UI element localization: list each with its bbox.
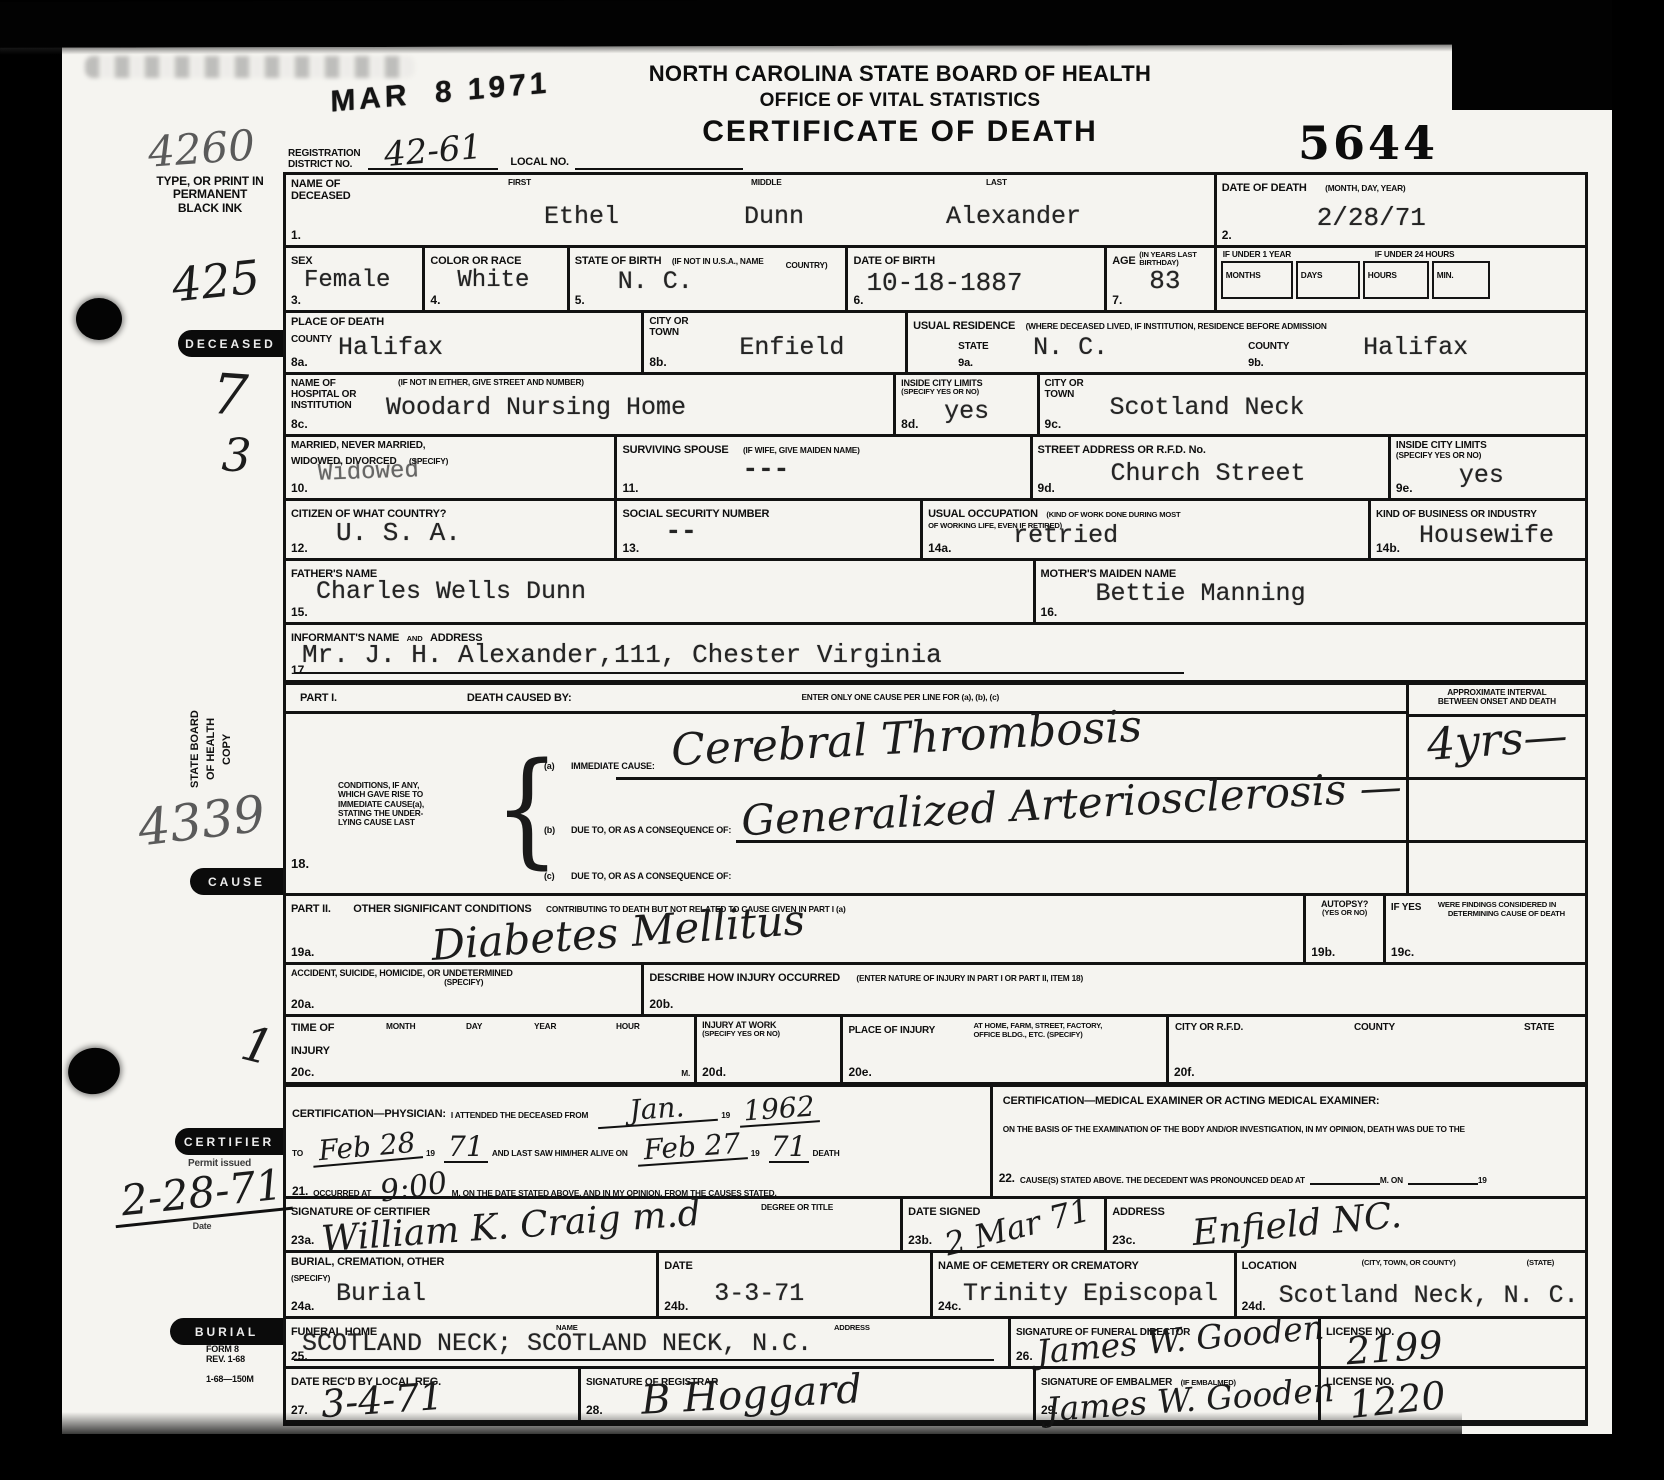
informant-value: Mr. J. H. Alexander,111, Chester Virgini… — [302, 640, 942, 670]
name-header-middle: MIDDLE — [751, 178, 782, 187]
hospital-value: Woodard Nursing Home — [386, 393, 686, 422]
cert-phys-last-saw: AND LAST SAW HIM/HER ALIVE ON — [492, 1149, 628, 1158]
occupation-sublabel-2: OF WORKING LIFE, EVEN IF RETIRED) — [928, 522, 1363, 531]
spouse-value: --- — [742, 454, 789, 484]
certificate-number: 5644 — [1298, 116, 1438, 170]
mother-value: Bettie Manning — [1096, 579, 1306, 608]
hospital-label-1: NAME OF — [291, 378, 888, 389]
permit-date-block: 2-28-71 Date — [112, 1172, 292, 1231]
time-injury-label-2: INJURY — [291, 1045, 330, 1057]
row-injury-details: TIME OF INJURY MONTH DAY YEAR HOUR 20c. … — [286, 1014, 1585, 1082]
field-autopsy: AUTOPSY? (YES OR NO) 19b. — [1303, 896, 1383, 962]
item-20a: 20a. — [291, 997, 314, 1011]
cause-c-label: DUE TO, OR AS A CONSEQUENCE OF: — [571, 871, 731, 881]
item-9c: 9c. — [1045, 417, 1062, 431]
field-state-of-birth: STATE OF BIRTH (IF NOT IN U.S.A., NAME C… — [567, 248, 846, 310]
item-4: 4. — [430, 293, 440, 307]
residence-header: USUAL RESIDENCE — [913, 320, 1015, 332]
cert-phys-attended: I ATTENDED THE DECEASED FROM — [451, 1111, 588, 1120]
street-label: STREET ADDRESS OR R.F.D. No. — [1038, 444, 1206, 456]
under-1-year-label: IF UNDER 1 YEAR — [1223, 250, 1375, 259]
name-last-value: Alexander — [946, 202, 1081, 231]
part1-note: ENTER ONLY ONE CAUSE PER LINE FOR (a), (… — [801, 693, 999, 702]
scan-top-edge — [0, 0, 1664, 48]
field-injury-location: CITY OR R.F.D. COUNTY STATE 20f. — [1166, 1017, 1585, 1082]
residence-city-value: Scotland Neck — [1110, 393, 1305, 422]
injury-loc-county-label: COUNTY — [1354, 1022, 1395, 1033]
conditions-note: CONDITIONS, IF ANY, WHICH GAVE RISE TO I… — [338, 781, 498, 827]
item-23c: 23c. — [1112, 1233, 1135, 1247]
conditions-5: LYING CAUSE LAST — [338, 818, 498, 827]
cert-med-line3: 22. CAUSE(S) STATED ABOVE. THE DECEDENT … — [999, 1171, 1492, 1185]
cert-med-blank-2 — [1408, 1171, 1478, 1185]
min-box: MIN. — [1432, 261, 1490, 299]
ink-note: TYPE, OR PRINT IN PERMANENT BLACK INK — [120, 175, 300, 215]
name-first-value: Ethel — [544, 202, 619, 231]
row-sex-birth: SEX 3. Female COLOR OR RACE 4. White STA… — [286, 245, 1585, 310]
part1-caused-by: DEATH CAUSED BY: — [467, 692, 572, 704]
field-death-county: PLACE OF DEATH COUNTY 8a. Halifax — [286, 313, 641, 372]
hours-box: HOURS — [1363, 261, 1429, 299]
time-injury-hour: HOUR — [616, 1022, 640, 1031]
item-20c: 20c. — [291, 1065, 314, 1079]
name-header-last: LAST — [986, 178, 1007, 187]
time-injury-day: DAY — [466, 1022, 482, 1031]
cert-phys-19c: 19 — [751, 1149, 760, 1158]
row-funeral-home: FUNERAL HOME NAME ADDRESS 25. SCOTLAND N… — [286, 1316, 1585, 1366]
permit-date-value: 2-28-71 — [111, 1163, 293, 1228]
age-label: AGE — [1112, 255, 1135, 267]
under-24-hours-label: IF UNDER 24 HOURS — [1375, 250, 1455, 259]
limits-8d-value: yes — [944, 397, 989, 426]
form-print-run: 1-68—150M — [206, 1374, 254, 1384]
burial-label: BURIAL, CREMATION, OTHER — [291, 1256, 651, 1268]
occupation-label: USUAL OCCUPATION — [928, 508, 1038, 520]
field-hospital: NAME OF HOSPITAL OR INSTITUTION (IF NOT … — [286, 375, 893, 434]
field-name-of-deceased: NAME OF DECEASED 1. FIRST MIDDLE LAST Et… — [286, 175, 1214, 245]
cause-c-letter: (c) — [544, 871, 554, 881]
field-place-of-injury: PLACE OF INJURY AT HOME, FARM, STREET, F… — [840, 1017, 1166, 1082]
field-father-name: FATHER'S NAME 15. Charles Wells Dunn — [286, 561, 1033, 622]
section-cause-of-death: PART I. DEATH CAUSED BY: ENTER ONLY ONE … — [286, 680, 1585, 893]
item-9a: 9a. — [958, 357, 973, 369]
cert-phys-line1: CERTIFICATION—PHYSICIAN: I ATTENDED THE … — [292, 1095, 823, 1120]
part2-label: PART II. — [291, 903, 331, 915]
field-cemetery: NAME OF CEMETERY OR CREMATORY 24c. Trini… — [930, 1253, 1234, 1316]
item-14a: 14a. — [928, 541, 951, 555]
cert-phys-from-year: 1962 — [738, 1092, 820, 1128]
punch-hole-top — [76, 298, 122, 340]
item-20e: 20e. — [848, 1065, 871, 1079]
field-other-conditions: PART II. OTHER SIGNIFICANT CONDITIONS CO… — [286, 896, 1303, 962]
interval-header-2: BETWEEN ONSET AND DEATH — [1409, 697, 1585, 706]
if-under-boxes: MONTHS DAYS HOURS MIN. — [1221, 261, 1585, 299]
tab-certifier: CERTIFIER — [175, 1128, 283, 1155]
place-injury-sublabel-2: OFFICE BLDG., ETC. (SPECIFY) — [973, 1031, 1082, 1040]
field-residence-city: CITY OR TOWN 9c. Scotland Neck — [1037, 375, 1585, 434]
registration-line: REGISTRATION DISTRICT NO. 42-61 LOCAL NO… — [288, 134, 743, 170]
row-place-residence: PLACE OF DEATH COUNTY 8a. Halifax CITY O… — [286, 310, 1585, 372]
cemetery-value: Trinity Episcopal — [963, 1279, 1218, 1308]
cert-med-19: 19 — [1478, 1176, 1487, 1185]
cert-phys-to: TO — [292, 1149, 303, 1158]
field-usual-residence: USUAL RESIDENCE (WHERE DECEASED LIVED, I… — [905, 313, 1585, 372]
residence-city-label-1: CITY OR — [1045, 378, 1580, 389]
industry-value: Housewife — [1419, 521, 1554, 550]
part2-conditions-label: OTHER SIGNIFICANT CONDITIONS — [353, 903, 531, 915]
field-occupation: USUAL OCCUPATION (KIND OF WORK DONE DURI… — [920, 501, 1368, 558]
cert-med-causes: CAUSE(S) STATED ABOVE. THE DECEDENT WAS … — [1020, 1176, 1305, 1185]
row-marital: MARRIED, NEVER MARRIED, WIDOWED, DIVORCE… — [286, 434, 1585, 498]
field-accident: ACCIDENT, SUICIDE, HOMICIDE, OR UNDETERM… — [286, 965, 641, 1014]
row-certification: CERTIFICATION—PHYSICIAN: I ATTENDED THE … — [286, 1082, 1585, 1196]
spouse-label: SURVIVING SPOUSE — [622, 444, 728, 456]
ink-note-line1: TYPE, OR PRINT IN — [120, 175, 300, 188]
field-how-injury: DESCRIBE HOW INJURY OCCURRED (ENTER NATU… — [641, 965, 1585, 1014]
item-20b: 20b. — [649, 997, 673, 1011]
time-injury-label-1: TIME OF — [291, 1022, 334, 1034]
sex-label: SEX — [291, 255, 312, 267]
certifier-address-value: Enfield NC. — [1191, 1198, 1403, 1252]
residence-county-value: Halifax — [1363, 333, 1468, 362]
ssn-value: -- — [665, 516, 696, 546]
field-informant: INFORMANT'S NAME AND ADDRESS 17. Mr. J. … — [286, 625, 1585, 680]
burial-value: Burial — [336, 1279, 426, 1308]
burial-date-value: 3-3-71 — [714, 1279, 804, 1308]
field-mother-name: MOTHER'S MAIDEN NAME 16. Bettie Manning — [1033, 561, 1585, 622]
certifier-degree-label: DEGREE OR TITLE — [761, 1203, 833, 1212]
item-13: 13. — [622, 541, 639, 555]
cert-phys-title: CERTIFICATION—PHYSICIAN: — [292, 1108, 446, 1120]
cert-phys-to-year: 71 — [444, 1133, 488, 1163]
row-part2: PART II. OTHER SIGNIFICANT CONDITIONS CO… — [286, 893, 1585, 962]
field-certifier-signature: SIGNATURE OF CERTIFIER DEGREE OR TITLE 2… — [286, 1199, 900, 1250]
findings-label-2: DETERMINING CAUSE OF DEATH — [1448, 910, 1565, 919]
registration-district-value: 42-61 — [368, 134, 498, 170]
form-number-block: FORM 8 REV. 1-68 1-68—150M — [206, 1344, 254, 1384]
item-3: 3. — [291, 293, 301, 307]
burial-date-label: DATE — [664, 1260, 692, 1272]
row-informant: INFORMANT'S NAME AND ADDRESS 17. Mr. J. … — [286, 622, 1585, 680]
cert-phys-saw-value: Feb 27 — [636, 1129, 748, 1167]
item-16: 16. — [1041, 605, 1058, 619]
father-value: Charles Wells Dunn — [316, 577, 586, 606]
how-injury-label: DESCRIBE HOW INJURY OCCURRED — [649, 972, 840, 984]
place-of-death-header: PLACE OF DEATH — [291, 316, 636, 328]
accident-sublabel: (SPECIFY) — [291, 978, 636, 987]
item-19b: 19b. — [1311, 945, 1335, 959]
item-26: 26. — [1016, 1349, 1033, 1363]
tab-cause: CAUSE — [190, 868, 283, 895]
sob-sublabel-1: (IF NOT IN U.S.A., NAME — [672, 256, 764, 266]
place-injury-label: PLACE OF INJURY — [848, 1025, 935, 1036]
tab-burial: BURIAL — [170, 1318, 283, 1345]
field-date-signed: DATE SIGNED 23b. 2 Mar 71 — [900, 1199, 1104, 1250]
field-burial-type: BURIAL, CREMATION, OTHER (SPECIFY) 24a. … — [286, 1253, 656, 1316]
funeral-home-value: SCOTLAND NECK; SCOTLAND NECK, N.C. — [302, 1329, 812, 1358]
location-label: LOCATION — [1242, 1260, 1297, 1272]
residence-state-value: N. C. — [1033, 333, 1108, 362]
time-injury-year: YEAR — [534, 1022, 556, 1031]
scan-smudge — [85, 56, 415, 78]
residence-county-label: COUNTY — [1248, 341, 1289, 352]
item-12: 12. — [291, 541, 308, 555]
dod-value: 2/28/71 — [1317, 203, 1426, 233]
field-certification-medical-examiner: CERTIFICATION—MEDICAL EXAMINER OR ACTING… — [990, 1087, 1585, 1196]
item-24c: 24c. — [938, 1299, 961, 1313]
field-burial-date: DATE 24b. 3-3-71 — [656, 1253, 930, 1316]
certificate-form: NAME OF DECEASED 1. FIRST MIDDLE LAST Et… — [283, 172, 1588, 1426]
dob-value: 10-18-1887 — [866, 268, 1022, 298]
item-23a: 23a. — [291, 1233, 314, 1247]
registration-label-1: REGISTRATION — [288, 148, 360, 159]
item-24b: 24b. — [664, 1299, 688, 1313]
residence-state-label: STATE — [958, 341, 988, 352]
informant-underline — [294, 672, 1184, 674]
days-label: DAYS — [1301, 270, 1323, 280]
field-funeral-director-signature: SIGNATURE OF FUNERAL DIRECTOR 26. James … — [1008, 1319, 1318, 1366]
death-county-value: Halifax — [338, 333, 443, 362]
location-value: Scotland Neck, N. C. — [1279, 1281, 1579, 1310]
marital-label-1: MARRIED, NEVER MARRIED, — [291, 440, 609, 451]
director-signature-value: James W. Gooden — [1035, 1310, 1325, 1368]
item-24d: 24d. — [1242, 1299, 1266, 1313]
cause-a-letter: (a) — [544, 761, 554, 771]
name-header-first: FIRST — [508, 178, 531, 187]
item-9e: 9e. — [1396, 481, 1413, 495]
margin-handwritten-3: 3 — [221, 431, 253, 478]
interval-a-value: 4yrs— — [1425, 714, 1568, 768]
occupation-value: retried — [1013, 521, 1118, 550]
occupation-sublabel-1: (KIND OF WORK DONE DURING MOST — [1046, 510, 1180, 519]
street-value: Church Street — [1111, 459, 1306, 488]
marital-value: Widowed — [318, 457, 420, 488]
field-if-under-age: IF UNDER 1 YEAR IF UNDER 24 HOURS MONTHS… — [1214, 248, 1585, 310]
race-value: White — [457, 267, 529, 294]
limits-8d-sublabel: (SPECIFY YES OR NO) — [901, 388, 1031, 397]
field-industry: KIND OF BUSINESS OR INDUSTRY 14b. Housew… — [1368, 501, 1585, 558]
row-burial: BURIAL, CREMATION, OTHER (SPECIFY) 24a. … — [286, 1250, 1585, 1316]
autopsy-sublabel: (YES OR NO) — [1308, 909, 1381, 918]
limits-9e-value: yes — [1459, 461, 1504, 490]
item-18: 18. — [291, 856, 309, 871]
field-age: AGE (IN YEARS LAST BIRTHDAY) 7. 83 — [1104, 248, 1214, 310]
how-injury-sublabel: (ENTER NATURE OF INJURY IN PART I OR PAR… — [856, 973, 1083, 983]
item-1: 1. — [291, 228, 301, 242]
race-label: COLOR OR RACE — [430, 255, 521, 267]
item-19c: 19c. — [1391, 945, 1414, 959]
name-label-1: NAME OF — [291, 178, 1209, 190]
min-label: MIN. — [1437, 270, 1454, 280]
item-8d: 8d. — [901, 417, 918, 431]
time-injury-m: M. — [681, 1069, 690, 1078]
field-marital-status: MARRIED, NEVER MARRIED, WIDOWED, DIVORCE… — [286, 437, 614, 498]
registration-label-2: DISTRICT NO. — [288, 159, 360, 170]
item-20d: 20d. — [702, 1065, 726, 1079]
ink-note-line2: PERMANENT — [120, 188, 300, 201]
field-injury-at-work: INJURY AT WORK (SPECIFY YES OR NO) 20d. — [694, 1017, 840, 1082]
item-14b: 14b. — [1376, 541, 1400, 555]
cause-a-label: IMMEDIATE CAUSE: — [571, 761, 655, 771]
scanned-death-certificate: { "header": { "board": "NORTH CAROLINA S… — [0, 0, 1664, 1480]
field-date-of-death: DATE OF DEATH (MONTH, DAY, YEAR) 2. 2/28… — [1214, 175, 1585, 245]
conditions-brace: { — [494, 735, 560, 881]
scan-bottom-smear — [62, 1412, 1462, 1434]
industry-label: KIND OF BUSINESS OR INDUSTRY — [1376, 509, 1537, 520]
months-label: MONTHS — [1226, 270, 1261, 280]
location-sublabel-1: (CITY, TOWN, OR COUNTY) — [1362, 1259, 1456, 1268]
cause-main: PART I. DEATH CAUSED BY: ENTER ONLY ONE … — [286, 685, 1406, 893]
form-number: FORM 8 — [206, 1344, 254, 1354]
row-hospital: NAME OF HOSPITAL OR INSTITUTION (IF NOT … — [286, 372, 1585, 434]
margin-handwritten-425: 425 — [170, 254, 262, 309]
death-city-value: Enfield — [739, 333, 844, 362]
findings-if-yes: IF YES — [1391, 902, 1421, 913]
field-inside-limits-8d: INSIDE CITY LIMITS (SPECIFY YES OR NO) 8… — [893, 375, 1036, 434]
days-box: DAYS — [1296, 261, 1360, 299]
if-under-headers: IF UNDER 1 YEAR IF UNDER 24 HOURS — [1217, 250, 1585, 259]
hours-label: HOURS — [1368, 270, 1397, 280]
field-citizenship: CITIZEN OF WHAT COUNTRY? 12. U. S. A. — [286, 501, 614, 558]
dod-sublabel: (MONTH, DAY, YEAR) — [1325, 183, 1405, 193]
item-2: 2. — [1222, 228, 1232, 242]
cert-med-m-on: M. ON — [1380, 1176, 1403, 1185]
item-8b: 8b. — [649, 355, 666, 369]
row-parents: FATHER'S NAME 15. Charles Wells Dunn MOT… — [286, 558, 1585, 622]
item-5: 5. — [575, 293, 585, 307]
work-sublabel: (SPECIFY YES OR NO) — [702, 1030, 835, 1039]
cert-phys-19b: 19 — [426, 1149, 435, 1158]
cert-med-title: CERTIFICATION—MEDICAL EXAMINER OR ACTING… — [1003, 1095, 1575, 1107]
cert-med-basis: ON THE BASIS OF THE EXAMINATION OF THE B… — [1003, 1125, 1575, 1134]
field-certification-physician: CERTIFICATION—PHYSICIAN: I ATTENDED THE … — [286, 1087, 990, 1196]
injury-loc-city-label: CITY OR R.F.D. — [1175, 1022, 1243, 1033]
hospital-sublabel: (IF NOT IN EITHER, GIVE STREET AND NUMBE… — [398, 378, 584, 387]
sob-label: STATE OF BIRTH — [575, 255, 662, 267]
burial-sublabel: (SPECIFY) — [291, 1273, 330, 1283]
item-23b: 23b. — [908, 1233, 932, 1247]
cert-phys-19a: 19 — [721, 1111, 730, 1120]
time-injury-month: MONTH — [386, 1022, 415, 1031]
field-ssn: SOCIAL SECURITY NUMBER 13. -- — [614, 501, 920, 558]
interval-line-a — [1409, 777, 1585, 780]
funeral-home-underline — [294, 1359, 994, 1361]
age-value: 83 — [1149, 266, 1180, 296]
field-race: COLOR OR RACE 4. White — [422, 248, 566, 310]
certifier-address-label: ADDRESS — [1112, 1206, 1164, 1218]
margin-handwritten-4260: 4260 — [147, 124, 257, 173]
sob-value: N. C. — [618, 267, 693, 296]
sex-value: Female — [304, 267, 390, 294]
form-revision: REV. 1-68 — [206, 1354, 254, 1364]
date-signed-label: DATE SIGNED — [908, 1206, 980, 1218]
item-22: 22. — [999, 1172, 1015, 1185]
cert-phys-saw-year: 71 — [769, 1133, 809, 1163]
cert-phys-line2: TO Feb 28 19 71 AND LAST SAW HIM/HER ALI… — [292, 1133, 845, 1158]
name-label-2: DECEASED — [291, 190, 1209, 202]
item-20f: 20f. — [1174, 1065, 1195, 1079]
local-no-label: LOCAL NO. — [510, 156, 569, 168]
dob-label: DATE OF BIRTH — [853, 255, 935, 267]
row-citizen-occupation: CITIZEN OF WHAT COUNTRY? 12. U. S. A. SO… — [286, 498, 1585, 558]
item-19a: 19a. — [291, 945, 314, 959]
item-11: 11. — [622, 481, 638, 495]
cert-phys-death: DEATH — [813, 1149, 840, 1158]
item-15: 15. — [291, 605, 308, 619]
field-funeral-home: FUNERAL HOME NAME ADDRESS 25. SCOTLAND N… — [286, 1319, 1008, 1366]
row-certifier-signature: SIGNATURE OF CERTIFIER DEGREE OR TITLE 2… — [286, 1196, 1585, 1250]
cause-b-letter: (b) — [544, 825, 555, 835]
scan-bottom-edge — [0, 1434, 1664, 1480]
interval-line-b — [1409, 840, 1585, 843]
item-10: 10. — [291, 481, 308, 495]
field-street-address: STREET ADDRESS OR R.F.D. No. 9d. Church … — [1030, 437, 1388, 498]
margin-handwritten-7: 7 — [210, 367, 249, 425]
funeral-home-address-label: ADDRESS — [834, 1324, 870, 1333]
injury-loc-state-label: STATE — [1524, 1022, 1554, 1033]
scan-right-edge — [1612, 0, 1664, 1480]
name-middle-value: Dunn — [744, 202, 804, 231]
dod-label: DATE OF DEATH — [1222, 182, 1307, 194]
cert-phys-from-value: Jan. — [596, 1091, 718, 1129]
cert-phys-to-value: Feb 28 — [311, 1128, 423, 1167]
local-no-blank — [575, 150, 743, 170]
item-7: 7. — [1112, 293, 1122, 307]
registration-label: REGISTRATION DISTRICT NO. — [288, 148, 360, 170]
director-license-value: 2199 — [1345, 1326, 1444, 1371]
residence-header-sub: (WHERE DECEASED LIVED, IF INSTITUTION, R… — [1026, 321, 1327, 331]
header-office: OFFICE OF VITAL STATISTICS — [610, 90, 1190, 111]
item-8c: 8c. — [291, 417, 308, 431]
field-sex: SEX 3. Female — [286, 248, 422, 310]
sob-sublabel-2: COUNTRY) — [786, 261, 828, 270]
registration-district-handwriting: 42-61 — [383, 130, 484, 172]
row-name: NAME OF DECEASED 1. FIRST MIDDLE LAST Et… — [286, 175, 1585, 245]
cemetery-label: NAME OF CEMETERY OR CREMATORY — [938, 1260, 1139, 1272]
tab-deceased: DECEASED — [178, 330, 283, 357]
field-findings: IF YES WERE FINDINGS CONSIDERED IN DETER… — [1383, 896, 1585, 962]
field-time-of-injury: TIME OF INJURY MONTH DAY YEAR HOUR 20c. … — [286, 1017, 694, 1082]
cert-med-blank-1 — [1310, 1171, 1380, 1185]
limits-9e-sublabel: (SPECIFY YES OR NO) — [1396, 451, 1580, 460]
field-inside-limits-9e: INSIDE CITY LIMITS (SPECIFY YES OR NO) 9… — [1388, 437, 1585, 498]
field-certifier-address: ADDRESS 23c. Enfield NC. — [1104, 1199, 1585, 1250]
cause-interval-column: APPROXIMATE INTERVAL BETWEEN ONSET AND D… — [1406, 685, 1585, 893]
location-sublabel-2: (STATE) — [1527, 1259, 1554, 1268]
part1-header: PART I. DEATH CAUSED BY: ENTER ONLY ONE … — [286, 685, 1406, 714]
item-24a: 24a. — [291, 1299, 314, 1313]
field-burial-location: LOCATION (CITY, TOWN, OR COUNTY) (STATE)… — [1234, 1253, 1585, 1316]
header-board: NORTH CAROLINA STATE BOARD OF HEALTH — [610, 62, 1190, 87]
field-death-city: CITY OR TOWN 8b. Enfield — [641, 313, 905, 372]
field-surviving-spouse: SURVIVING SPOUSE (IF WIFE, GIVE MAIDEN N… — [614, 437, 1029, 498]
citizen-value: U. S. A. — [336, 518, 461, 548]
field-date-of-birth: DATE OF BIRTH 6. 10-18-1887 — [845, 248, 1104, 310]
item-9b: 9b. — [1248, 357, 1263, 369]
cert-phys-line3: 21. OCCURRED AT 9:00 M. ON THE DATE STAT… — [292, 1173, 782, 1198]
part1-label: PART I. — [300, 692, 337, 704]
margin-handwritten-4339: 4339 — [135, 788, 267, 853]
field-director-license: LICENSE NO. 2199 — [1318, 1319, 1585, 1366]
months-box: MONTHS — [1221, 261, 1293, 299]
row-accident: ACCIDENT, SUICIDE, HOMICIDE, OR UNDETERM… — [286, 962, 1585, 1014]
item-8a: 8a. — [291, 355, 308, 369]
cause-b-line — [736, 840, 1411, 843]
death-city-label-1: CITY OR — [649, 316, 900, 327]
cause-b-label: DUE TO, OR AS A CONSEQUENCE OF: — [571, 825, 731, 835]
cause-a-value: Cerebral Thrombosis — [670, 705, 1143, 774]
ink-note-line3: BLACK INK — [120, 202, 300, 215]
